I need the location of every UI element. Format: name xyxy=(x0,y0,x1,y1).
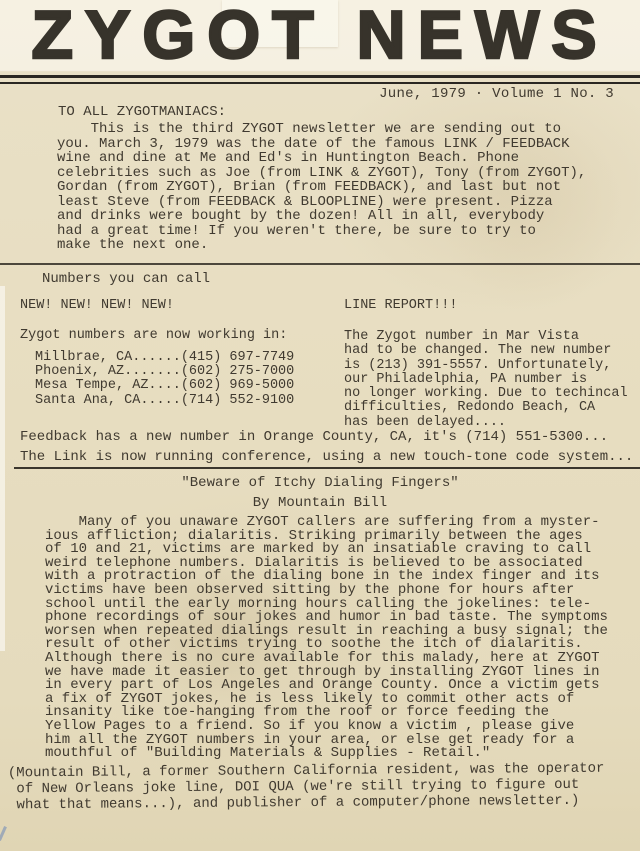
new-banner: NEW! NEW! NEW! NEW! xyxy=(20,299,294,313)
salutation: TO ALL ZYGOTMANIACS: xyxy=(58,104,226,120)
numbers-section-rule xyxy=(0,263,640,265)
article-body: Many of you unaware ZYGOT callers are su… xyxy=(45,516,608,761)
scan-edge-artifact xyxy=(0,286,5,651)
article-section-rule xyxy=(14,467,640,469)
line-report-paragraph: The Zygot number in Mar Vista had to be … xyxy=(344,330,628,430)
pen-mark-artifact xyxy=(0,826,7,841)
link-note: The Link is now running conference, usin… xyxy=(20,449,633,465)
article-title: "Beware of Itchy Dialing Fingers" xyxy=(0,475,640,491)
line-report-column: LINE REPORT!!! The Zygot number in Mar V… xyxy=(344,299,628,430)
working-in-label: Zygot numbers are now working in: xyxy=(20,329,294,343)
feedback-note: Feedback has a new number in Orange Coun… xyxy=(20,429,608,445)
article-byline: By Mountain Bill xyxy=(0,495,640,511)
article-footnote: (Mountain Bill, a former Southern Califo… xyxy=(8,762,605,814)
line-report-heading: LINE REPORT!!! xyxy=(344,299,628,313)
numbers-left-column: NEW! NEW! NEW! NEW! Zygot numbers are no… xyxy=(20,299,294,408)
numbers-section-heading: Numbers you can call xyxy=(42,271,210,287)
masthead-rule xyxy=(0,75,640,84)
intro-paragraph: This is the third ZYGOT newsletter we ar… xyxy=(57,122,586,253)
masthead-title: ZYGOT NEWS xyxy=(0,2,640,72)
phone-number-list: Millbrae, CA......(415) 697-7749 Phoenix… xyxy=(35,351,294,408)
dateline: June, 1979 · Volume 1 No. 3 xyxy=(379,86,614,102)
newsletter-page: ZYGOT NEWS June, 1979 · Volume 1 No. 3 T… xyxy=(0,0,640,851)
